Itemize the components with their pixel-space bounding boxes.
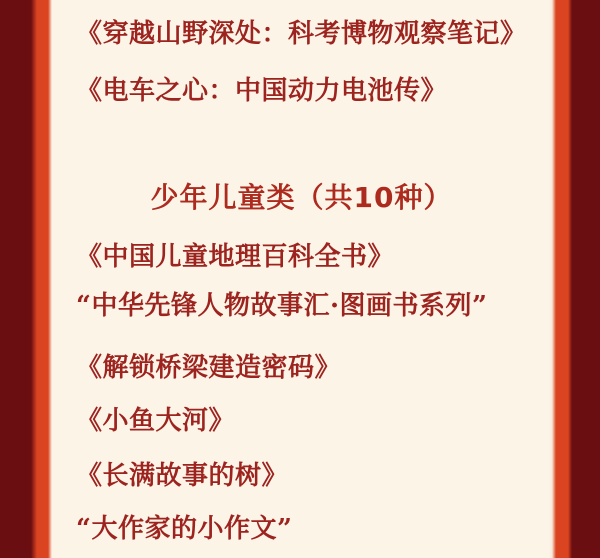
book-title: “大作家的小作文” [76, 511, 540, 547]
book-title: 《解锁桥梁建造密码》 [76, 350, 540, 386]
book-title: “中华先锋人物故事汇·图画书系列” [76, 288, 540, 324]
book-title: 《电车之心：中国动力电池传》 [76, 73, 540, 109]
book-title: 《长满故事的树》 [76, 458, 540, 494]
book-list-poster: 《穿越山野深处：科考博物观察笔记》 《电车之心：中国动力电池传》 少年儿童类（共… [0, 0, 600, 558]
book-title: 《穿越山野深处：科考博物观察笔记》 [76, 16, 540, 52]
book-title: 《小鱼大河》 [76, 403, 540, 439]
book-title: 《中国儿童地理百科全书》 [76, 239, 540, 275]
section-heading: 少年儿童类（共10种） [50, 180, 553, 216]
